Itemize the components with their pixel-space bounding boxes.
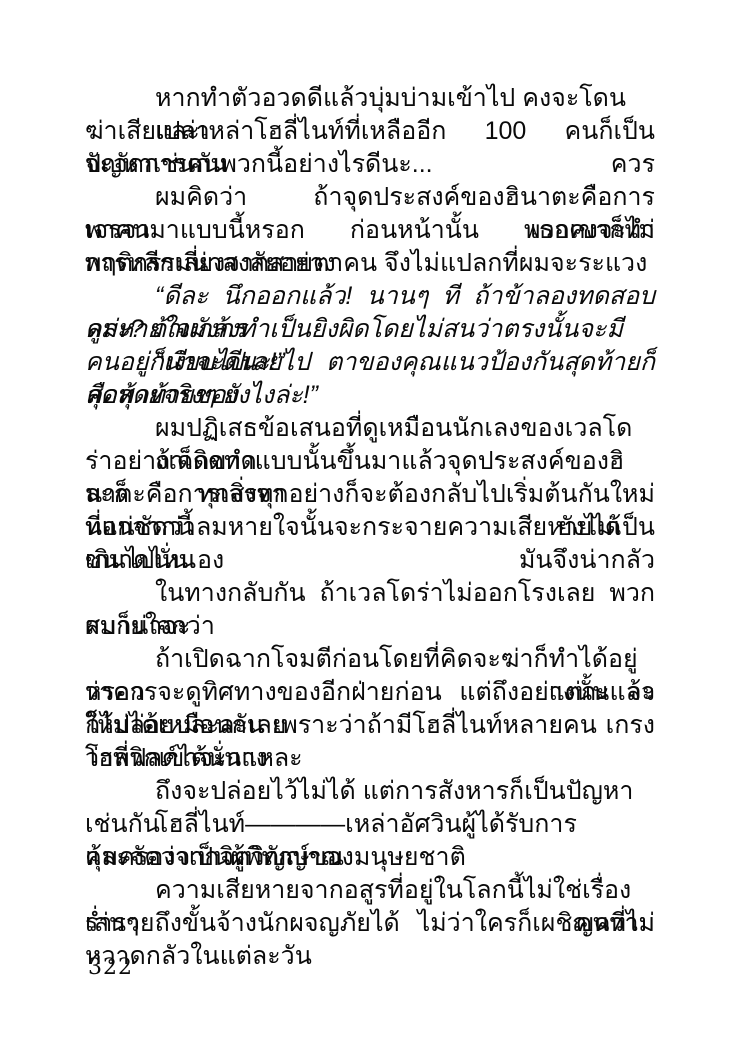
text-line: “เงียบไปเลยไป ตาของคุณแนวป้องกันสุดท้ายก… <box>85 346 655 379</box>
text-line: และจัดว่าเป็นผู้พิทักษ์ของมนุษยชาติ <box>85 841 655 874</box>
text-line: และเหล่าโฮลี่ไนท์ที่เหลืออีก 100 คนก็เป็… <box>85 115 655 148</box>
text-line: ละก็ ทุกสิ่งทุกอย่างก็จะต้องกลับไปเริ่มต… <box>85 478 655 511</box>
text-line: หากทำตัวอวดดีแล้วบุ่มบ่ามเข้าไป คงจะโดนฆ… <box>85 82 655 115</box>
text-line: ผมปฏิเสธข้อเสนอที่ดูเหมือนนักเลงของเวลโด… <box>85 412 655 445</box>
text-line: ว่าควรจะดูทิศทางของอีกฝ่ายก่อน แต่ถึงอย่… <box>85 676 655 709</box>
text-line: พาคนมาแบบนี้หรอก ก่อนหน้านั้น พวกเขาก็ทำ… <box>85 214 655 247</box>
text-line: โฮลี่ฟิลด์ได้นั่นแหละ <box>85 742 655 775</box>
text-line: สบายใจกว่า <box>85 610 655 643</box>
text-block: หากทำตัวอวดดีแล้วบุ่มบ่ามเข้าไป คงจะโดนฆ… <box>85 82 655 940</box>
text-line: ความเสียหายจากอสูรที่อยู่ในโลกนี้ไม่ใช่เ… <box>85 874 655 907</box>
text-line: ถ้าเปิดฉากโจมตีก่อนโดยที่คิดจะฆ่าก็ทำได้… <box>85 643 655 676</box>
text-line: ในทางกลับกัน ถ้าเวลโดร่าไม่ออกโรงเลย พวก… <box>85 577 655 610</box>
text-line: ดูล่ะ? ถ้าแกล้งทำเป็นยิงผิดโดยไม่สนว่าตร… <box>85 313 655 346</box>
text-line: สุดท้ายจริงๆ ยังไงล่ะ!” <box>85 379 655 412</box>
text-line: ก็ไม่ได้เหมือนกัน เพราะว่าถ้ามีโฮลี่ไนท์… <box>85 709 655 742</box>
text-line: การหลีกเลี่ยงจากสายตาคน จึงไม่แปลกที่ผมจ… <box>85 247 655 280</box>
page-number: 322 <box>88 955 133 980</box>
text-line: ถึงจะปล่อยไว้ไม่ได้ แต่การสังหารก็เป็นปั… <box>85 775 655 808</box>
text-line: ที่แน่ชัดว่าลมหายใจนั้นจะกระจายความเสียห… <box>85 511 655 544</box>
text-line: ถ้าเกิดทำแบบนั้นขึ้นมาแล้วจุดประสงค์ของฮ… <box>85 445 655 478</box>
text-line: ร่ำรวยถึงขั้นจ้างนักผจญภัยได้ ไม่ว่าใครก… <box>85 907 655 940</box>
book-page: หากทำตัวอวดดีแล้วบุ่มบ่ามเข้าไป คงจะโดนฆ… <box>0 0 738 1051</box>
text-line: “ดีละ นึกออกแล้ว! นานๆ ที ถ้าข้าลองทดสอบ… <box>85 280 655 313</box>
text-line: ผมคิดว่า ถ้าจุดประสงค์ของฮินาตะคือการเจร… <box>85 181 655 214</box>
text-line: โฮลี่ไนท์————เหล่าอัศวินผู้ได้รับการคุ้ม… <box>85 808 655 841</box>
